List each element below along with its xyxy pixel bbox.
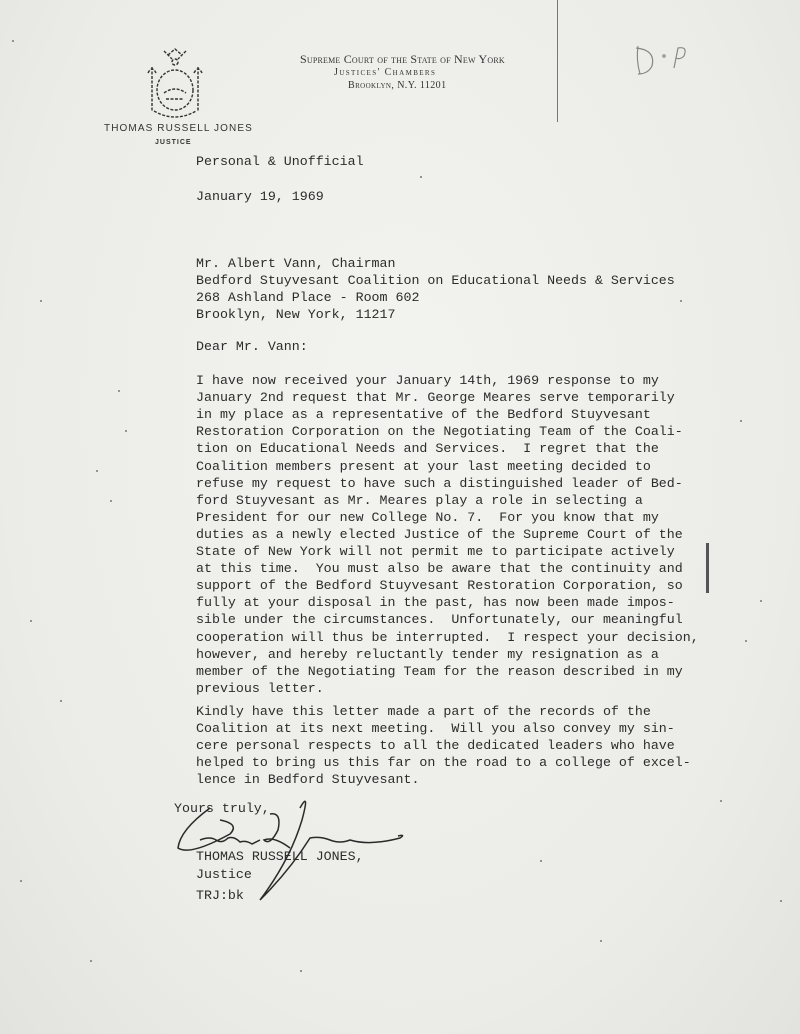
- scan-speck: [40, 300, 42, 302]
- scan-speck: [60, 700, 62, 702]
- body-line: previous letter.: [196, 680, 324, 697]
- body-line: cere personal respects to all the dedica…: [196, 737, 675, 754]
- salutation: Dear Mr. Vann:: [196, 338, 308, 355]
- scan-speck: [118, 390, 120, 392]
- scan-speck: [745, 640, 747, 642]
- court-name: Supreme Court of the State of New York: [300, 52, 505, 67]
- body-line: support of the Bedford Stuyvesant Restor…: [196, 577, 683, 594]
- body-line: however, and hereby reluctantly tender m…: [196, 646, 659, 663]
- body-line: member of the Negotiating Team for the r…: [196, 663, 683, 680]
- classification-line: Personal & Unofficial: [196, 153, 364, 170]
- justice-title: JUSTICE: [155, 139, 192, 146]
- scan-speck: [110, 500, 112, 502]
- scan-speck: [96, 470, 98, 472]
- signer-title: Justice: [196, 866, 252, 883]
- recipient-line: Bedford Stuyvesant Coalition on Educatio…: [196, 272, 675, 289]
- recipient-line: 268 Ashland Place - Room 602: [196, 289, 419, 306]
- body-line: duties as a newly elected Justice of the…: [196, 526, 683, 543]
- body-line: January 2nd request that Mr. George Mear…: [196, 389, 675, 406]
- scan-speck: [420, 176, 422, 178]
- body-line: Restoration Corporation on the Negotiati…: [196, 423, 683, 440]
- body-line: at this time. You must also be aware tha…: [196, 560, 683, 577]
- justice-name: THOMAS RUSSELL JONES: [104, 123, 253, 134]
- body-line: Kindly have this letter made a part of t…: [196, 703, 651, 720]
- scan-speck: [540, 860, 542, 862]
- scan-speck: [125, 430, 127, 432]
- court-address: Brooklyn, N.Y. 11201: [348, 80, 446, 91]
- letter-date: January 19, 1969: [196, 188, 324, 205]
- vertical-rule: [557, 0, 558, 122]
- body-line: Coalition at its next meeting. Will you …: [196, 720, 675, 737]
- body-line: refuse my request to have such a disting…: [196, 475, 683, 492]
- new-york-state-seal-icon: [142, 45, 208, 120]
- recipient-line: Mr. Albert Vann, Chairman: [196, 255, 396, 272]
- scan-speck: [780, 900, 782, 902]
- body-line: sible under the circumstances. Unfortuna…: [196, 611, 683, 628]
- body-line: lence in Bedford Stuyvesant.: [196, 771, 419, 788]
- recipient-line: Brooklyn, New York, 11217: [196, 306, 396, 323]
- scan-speck: [720, 800, 722, 802]
- handwritten-note-icon: [630, 40, 700, 80]
- signer-name: THOMAS RUSSELL JONES,: [196, 848, 364, 865]
- scan-speck: [760, 600, 762, 602]
- scan-speck: [20, 880, 22, 882]
- scan-speck: [30, 620, 32, 622]
- body-line: I have now received your January 14th, 1…: [196, 372, 659, 389]
- scan-speck: [680, 300, 682, 302]
- body-line: President for our new College No. 7. For…: [196, 509, 659, 526]
- margin-mark: [706, 543, 709, 593]
- body-line: cooperation will thus be interrupted. I …: [196, 629, 699, 646]
- letter-page: THOMAS RUSSELL JONES JUSTICE Supreme Cou…: [0, 0, 800, 1034]
- body-line: Coalition members present at your last m…: [196, 458, 651, 475]
- scan-speck: [300, 970, 302, 972]
- scan-speck: [600, 940, 602, 942]
- chambers-name: Justices' Chambers: [334, 67, 436, 78]
- scan-speck: [740, 420, 742, 422]
- scan-speck: [12, 40, 14, 42]
- body-line: ford Stuyvesant as Mr. Meares play a rol…: [196, 492, 643, 509]
- body-line: in my place as a representative of the B…: [196, 406, 651, 423]
- body-line: fully at your disposal in the past, has …: [196, 594, 675, 611]
- body-line: tion on Educational Needs and Services. …: [196, 440, 659, 457]
- body-line: State of New York will not permit me to …: [196, 543, 675, 560]
- body-line: helped to bring us this far on the road …: [196, 754, 691, 771]
- reference-initials: TRJ:bk: [196, 887, 244, 904]
- scan-speck: [90, 960, 92, 962]
